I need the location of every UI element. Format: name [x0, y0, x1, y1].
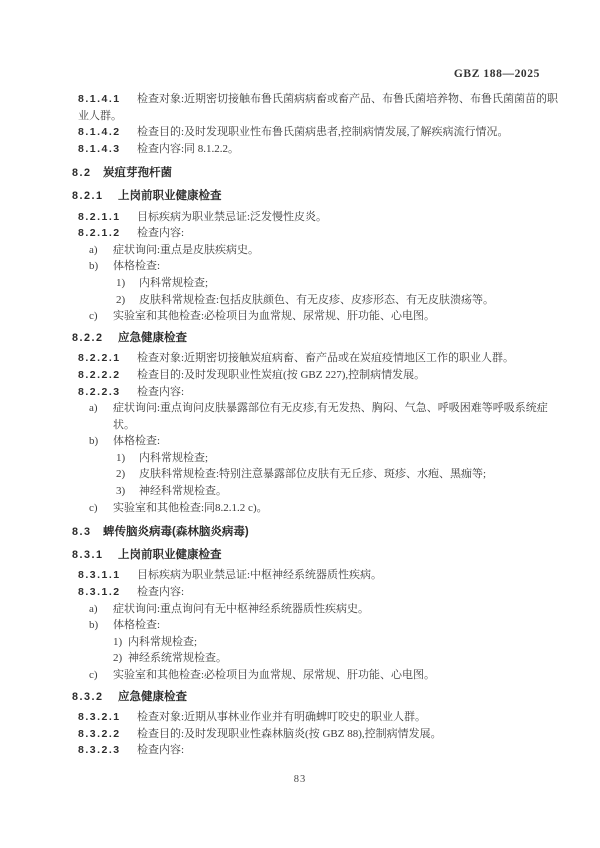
item-number: 8.2.2.2 [78, 367, 137, 384]
item-number: a) [89, 400, 113, 417]
line-text: 内科常规检查; [139, 275, 208, 292]
subsection-heading: 8.3.2应急健康检查 [0, 689, 600, 706]
item-number: 8.3.2 [72, 689, 118, 706]
line-text: 上岗前职业健康检查 [118, 547, 222, 564]
letter-item-line: c)实验室和其他检查:必检项目为血常规、尿常规、肝功能、心电图。 [0, 308, 600, 325]
item-number: 8.3.1.1 [78, 567, 137, 584]
subsection-heading: 8.2.1上岗前职业健康检查 [0, 188, 600, 205]
continuation-line: 状。 [0, 417, 600, 434]
line-text: 实验室和其他检查:同8.2.1.2 c)。 [113, 500, 268, 517]
subsection-heading: 8.3.1上岗前职业健康检查 [0, 547, 600, 564]
line-text: 体格检查: [113, 258, 160, 275]
document-body: 8.1.4.1检查对象:近期密切接触布鲁氏菌病病畜或畜产品、布鲁氏菌培养物、布鲁… [0, 91, 600, 759]
page-number: 83 [0, 774, 600, 785]
item-number: 1) [116, 450, 139, 467]
line-text: 检查目的:及时发现职业性布鲁氏菌病患者,控制病情发展,了解疾病流行情况。 [137, 124, 509, 141]
line-text: 内科常规检查; [139, 450, 208, 467]
item-number: 8.3 [72, 524, 103, 541]
clause-line: 8.3.1.2检查内容: [0, 584, 600, 601]
clause-line: 8.1.4.2检查目的:及时发现职业性布鲁氏菌病患者,控制病情发展,了解疾病流行… [0, 124, 600, 141]
continuation-line: 业人群。 [0, 108, 600, 125]
section-heading: 8.2炭疽芽孢杆菌 [0, 165, 600, 182]
clause-line: 8.3.2.3检查内容: [0, 742, 600, 759]
line-text: 蜱传脑炎病毒(森林脑炎病毒) [103, 524, 249, 541]
line-text: 检查对象:近期密切接触炭疽病畜、畜产品或在炭疽疫情地区工作的职业人群。 [137, 350, 514, 367]
clause-line: 8.2.1.1目标疾病为职业禁忌证:泛发慢性皮炎。 [0, 209, 600, 226]
letter-item-line: c)实验室和其他检查:同8.2.1.2 c)。 [0, 500, 600, 517]
line-text: 体格检查: [113, 433, 160, 450]
numbered-subitem-line: 3)神经科常规检查。 [0, 483, 600, 500]
line-text: 检查内容: [137, 225, 184, 242]
line-text: 皮肤科常规检查:特别注意暴露部位皮肤有无丘疹、斑疹、水疱、黑痂等; [139, 466, 486, 483]
line-text: 应急健康检查 [118, 330, 187, 347]
numbered-subitem-line: 1)内科常规检查; [0, 634, 600, 651]
item-number: 8.2.1.1 [78, 209, 137, 226]
numbered-subitem-line: 2)神经系统常规检查。 [0, 650, 600, 667]
item-number: 8.3.1 [72, 547, 118, 564]
clause-line: 8.2.2.3检查内容: [0, 384, 600, 401]
numbered-subitem-line: 1)内科常规检查; [0, 450, 600, 467]
line-text: 实验室和其他检查:必检项目为血常规、尿常规、肝功能、心电图。 [113, 308, 435, 325]
line-text: 体格检查: [113, 617, 160, 634]
numbered-subitem-line: 1)内科常规检查; [0, 275, 600, 292]
line-text: 神经科常规检查。 [139, 483, 227, 500]
line-text: 目标疾病为职业禁忌证:中枢神经系统器质性疾病。 [137, 567, 382, 584]
item-number: a) [89, 242, 113, 259]
clause-line: 8.3.2.2检查目的:及时发现职业性森林脑炎(按 GBZ 88),控制病情发展… [0, 726, 600, 743]
line-text: 检查目的:及时发现职业性森林脑炎(按 GBZ 88),控制病情发展。 [137, 726, 442, 743]
item-number: 8.1.4.1 [78, 91, 137, 108]
line-text: 检查内容:同 8.1.2.2。 [137, 141, 239, 158]
item-number: 8.2.1.2 [78, 225, 137, 242]
line-text: 症状询问:重点询问皮肤暴露部位有无皮疹,有无发热、胸闷、气急、呼吸困难等呼吸系统… [113, 400, 548, 417]
line-text: 检查对象:近期密切接触布鲁氏菌病病畜或畜产品、布鲁氏菌培养物、布鲁氏菌菌苗的职 [137, 91, 558, 108]
line-text: 炭疽芽孢杆菌 [103, 165, 172, 182]
subsection-heading: 8.2.2应急健康检查 [0, 330, 600, 347]
item-number: 8.2.2.3 [78, 384, 137, 401]
item-number: 1) [116, 275, 139, 292]
numbered-subitem-line: 2)皮肤科常规检查:包括皮肤颜色、有无皮疹、皮疹形态、有无皮肤溃疡等。 [0, 292, 600, 309]
item-number: 8.2.2 [72, 330, 118, 347]
item-number: b) [89, 617, 113, 634]
line-text: 检查内容: [137, 742, 184, 759]
item-number: 1) [113, 634, 128, 651]
item-number: 2) [116, 466, 139, 483]
line-text: 内科常规检查; [128, 634, 197, 651]
letter-item-line: a)症状询问:重点询问皮肤暴露部位有无皮疹,有无发热、胸闷、气急、呼吸困难等呼吸… [0, 400, 600, 417]
line-text: 检查内容: [137, 384, 184, 401]
item-number: 8.1.4.3 [78, 141, 137, 158]
item-number: b) [89, 258, 113, 275]
item-number: c) [89, 500, 113, 517]
item-number: 8.3.1.2 [78, 584, 137, 601]
item-number: 8.3.2.1 [78, 709, 137, 726]
section-heading: 8.3蜱传脑炎病毒(森林脑炎病毒) [0, 524, 600, 541]
line-text: 检查目的:及时发现职业性炭疽(按 GBZ 227),控制病情发展。 [137, 367, 425, 384]
item-number: c) [89, 667, 113, 684]
item-number: 2) [113, 650, 128, 667]
line-text: 症状询问:重点询问有无中枢神经系统器质性疾病史。 [113, 601, 369, 618]
line-text: 目标疾病为职业禁忌证:泛发慢性皮炎。 [137, 209, 327, 226]
letter-item-line: b)体格检查: [0, 433, 600, 450]
item-number: 3) [116, 483, 139, 500]
line-text: 神经系统常规检查。 [128, 650, 227, 667]
item-number: 2) [116, 292, 139, 309]
item-number: 8.2.1 [72, 188, 118, 205]
line-text: 检查对象:近期从事林业作业并有明确蜱叮咬史的职业人群。 [137, 709, 426, 726]
clause-line: 8.3.1.1目标疾病为职业禁忌证:中枢神经系统器质性疾病。 [0, 567, 600, 584]
item-number: 8.3.2.2 [78, 726, 137, 743]
line-text: 皮肤科常规检查:包括皮肤颜色、有无皮疹、皮疹形态、有无皮肤溃疡等。 [139, 292, 494, 309]
item-number: a) [89, 601, 113, 618]
standard-code-header: GBZ 188—2025 [0, 68, 540, 80]
line-text: 应急健康检查 [118, 689, 187, 706]
letter-item-line: a)症状询问:重点询问有无中枢神经系统器质性疾病史。 [0, 601, 600, 618]
clause-line: 8.1.4.3检查内容:同 8.1.2.2。 [0, 141, 600, 158]
clause-line: 8.3.2.1检查对象:近期从事林业作业并有明确蜱叮咬史的职业人群。 [0, 709, 600, 726]
line-text: 上岗前职业健康检查 [118, 188, 222, 205]
letter-item-line: c)实验室和其他检查:必检项目为血常规、尿常规、肝功能、心电图。 [0, 667, 600, 684]
document-page: GBZ 188—2025 8.1.4.1检查对象:近期密切接触布鲁氏菌病病畜或畜… [0, 0, 600, 848]
line-text: 症状询问:重点是皮肤疾病史。 [113, 242, 259, 259]
clause-line: 8.2.2.2检查目的:及时发现职业性炭疽(按 GBZ 227),控制病情发展。 [0, 367, 600, 384]
clause-line: 8.2.1.2检查内容: [0, 225, 600, 242]
numbered-subitem-line: 2)皮肤科常规检查:特别注意暴露部位皮肤有无丘疹、斑疹、水疱、黑痂等; [0, 466, 600, 483]
item-number: 8.1.4.2 [78, 124, 137, 141]
item-number: 8.3.2.3 [78, 742, 137, 759]
clause-line: 8.1.4.1检查对象:近期密切接触布鲁氏菌病病畜或畜产品、布鲁氏菌培养物、布鲁… [0, 91, 600, 108]
item-number: 8.2.2.1 [78, 350, 137, 367]
clause-line: 8.2.2.1检查对象:近期密切接触炭疽病畜、畜产品或在炭疽疫情地区工作的职业人… [0, 350, 600, 367]
item-number: c) [89, 308, 113, 325]
letter-item-line: b)体格检查: [0, 258, 600, 275]
letter-item-line: b)体格检查: [0, 617, 600, 634]
line-text: 状。 [113, 417, 135, 434]
line-text: 实验室和其他检查:必检项目为血常规、尿常规、肝功能、心电图。 [113, 667, 435, 684]
line-text: 检查内容: [137, 584, 184, 601]
letter-item-line: a)症状询问:重点是皮肤疾病史。 [0, 242, 600, 259]
item-number: b) [89, 433, 113, 450]
item-number: 8.2 [72, 165, 103, 182]
line-text: 业人群。 [78, 108, 122, 125]
